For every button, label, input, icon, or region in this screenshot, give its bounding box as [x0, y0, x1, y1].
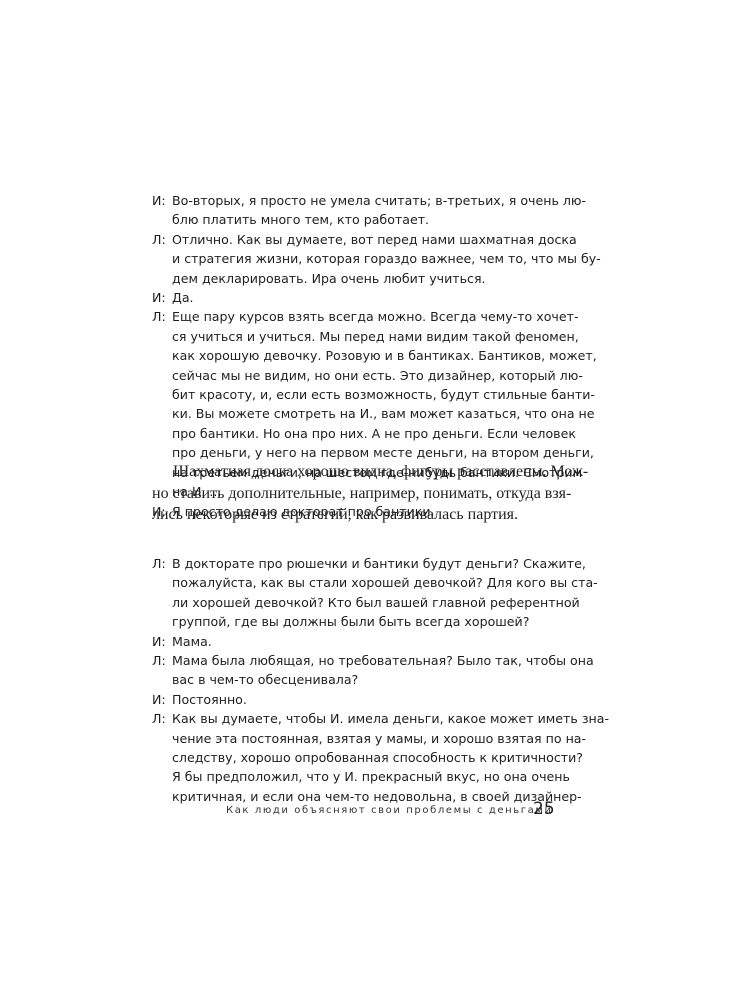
dialogue-turn: И:Да. — [152, 288, 559, 307]
text-line: сейчас мы не видим, но они есть. Это диз… — [172, 366, 559, 385]
dialogue-block-2: Л:В докторате про рюшечки и бантики буду… — [152, 554, 559, 806]
text-line: Как вы думаете, чтобы И. имела деньги, к… — [172, 709, 559, 728]
speaker-label: Л: — [152, 651, 166, 670]
text-line: В докторате про рюшечки и бантики будут … — [172, 554, 559, 573]
speaker-label: Л: — [152, 709, 166, 728]
text-line: следству, хорошо опробованная способност… — [172, 748, 559, 767]
narrative-paragraph: Шахматная доска хорошо видна, фигуры рас… — [152, 461, 561, 526]
text-line: про бантики. Но она про них. А не про де… — [172, 424, 559, 443]
dialogue-turn: Л:Как вы думаете, чтобы И. имела деньги,… — [152, 709, 559, 806]
text-line: как хорошую девочку. Розовую и в бантика… — [172, 346, 559, 365]
dialogue-turn: Л:В докторате про рюшечки и бантики буду… — [152, 554, 559, 632]
text-line: Мама была любящая, но требовательная? Бы… — [172, 651, 559, 670]
speaker-label: Л: — [152, 230, 166, 249]
text-line: ся учиться и учиться. Мы перед нами види… — [172, 327, 559, 346]
text-line: и стратегия жизни, которая гораздо важне… — [172, 249, 559, 268]
dialogue-turn: И:Во-вторых, я просто не умела считать; … — [152, 191, 559, 230]
dialogue-turn: Л:Отлично. Как вы думаете, вот перед нам… — [152, 230, 559, 288]
book-page: И:Во-вторых, я просто не умела считать; … — [0, 0, 750, 1000]
dialogue-turn: И:Мама. — [152, 632, 559, 651]
text-line: про деньги, у него на первом месте деньг… — [172, 443, 559, 462]
text-line: Постоянно. — [172, 690, 559, 709]
text-line: ки. Вы можете смотреть на И., вам может … — [172, 404, 559, 423]
dialogue-turn: И:Постоянно. — [152, 690, 559, 709]
running-title: Как люди объясняют свои проблемы с деньг… — [226, 805, 553, 816]
text-line: Еще пару курсов взять всегда можно. Всег… — [172, 307, 559, 326]
text-line: Отлично. Как вы думаете, вот перед нами … — [172, 230, 559, 249]
text-line: пожалуйста, как вы стали хорошей девочко… — [172, 573, 559, 592]
speaker-label: Л: — [152, 554, 166, 573]
speaker-label: И: — [152, 690, 166, 709]
text-line: ли хорошей девочкой? Кто был вашей главн… — [172, 593, 559, 612]
speaker-label: И: — [152, 288, 166, 307]
text-line: Я бы предположил, что у И. прекрасный вк… — [172, 767, 559, 786]
page-number: 25 — [533, 799, 555, 819]
text-line: Мама. — [172, 632, 559, 651]
text-line: дем декларировать. Ира очень любит учить… — [172, 269, 559, 288]
text-line: Да. — [172, 288, 559, 307]
text-line: Во-вторых, я просто не умела считать; в-… — [172, 191, 559, 210]
text-line: группой, где вы должны были быть всегда … — [172, 612, 559, 631]
speaker-label: И: — [152, 191, 166, 210]
text-line: критичная, и если она чем-то недовольна,… — [172, 787, 559, 806]
text-line: блю платить много тем, кто работает. — [172, 210, 559, 229]
speaker-label: Л: — [152, 307, 166, 326]
text-line: вас в чем-то обесценивала? — [172, 670, 559, 689]
text-line: но ставить дополнительные, например, пон… — [152, 483, 561, 505]
dialogue-turn: Л:Мама была любящая, но требовательная? … — [152, 651, 559, 690]
text-line: лись некоторые из стратегий, как развива… — [152, 504, 561, 526]
speaker-label: И: — [152, 632, 166, 651]
text-line: Шахматная доска хорошо видна, фигуры рас… — [152, 461, 561, 483]
text-line: бит красоту, и, если есть возможность, б… — [172, 385, 559, 404]
text-line: чение эта постоянная, взятая у мамы, и х… — [172, 729, 559, 748]
